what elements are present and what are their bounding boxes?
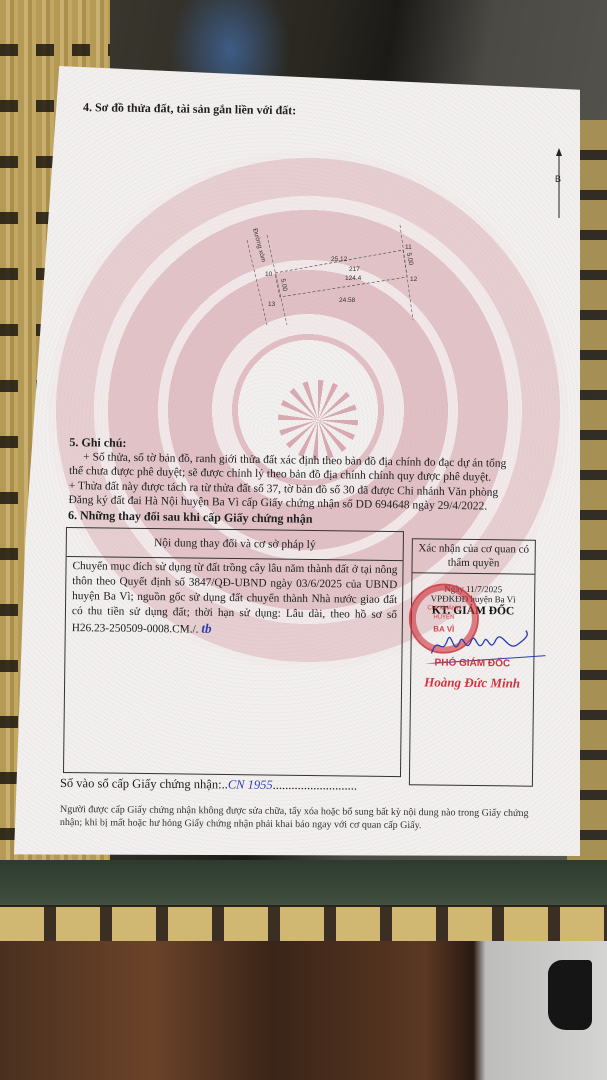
floor-background: [0, 941, 607, 1080]
wicker-table-rim: [0, 905, 607, 946]
certificate-sheet: [14, 66, 580, 856]
black-clip-object: [548, 960, 592, 1030]
